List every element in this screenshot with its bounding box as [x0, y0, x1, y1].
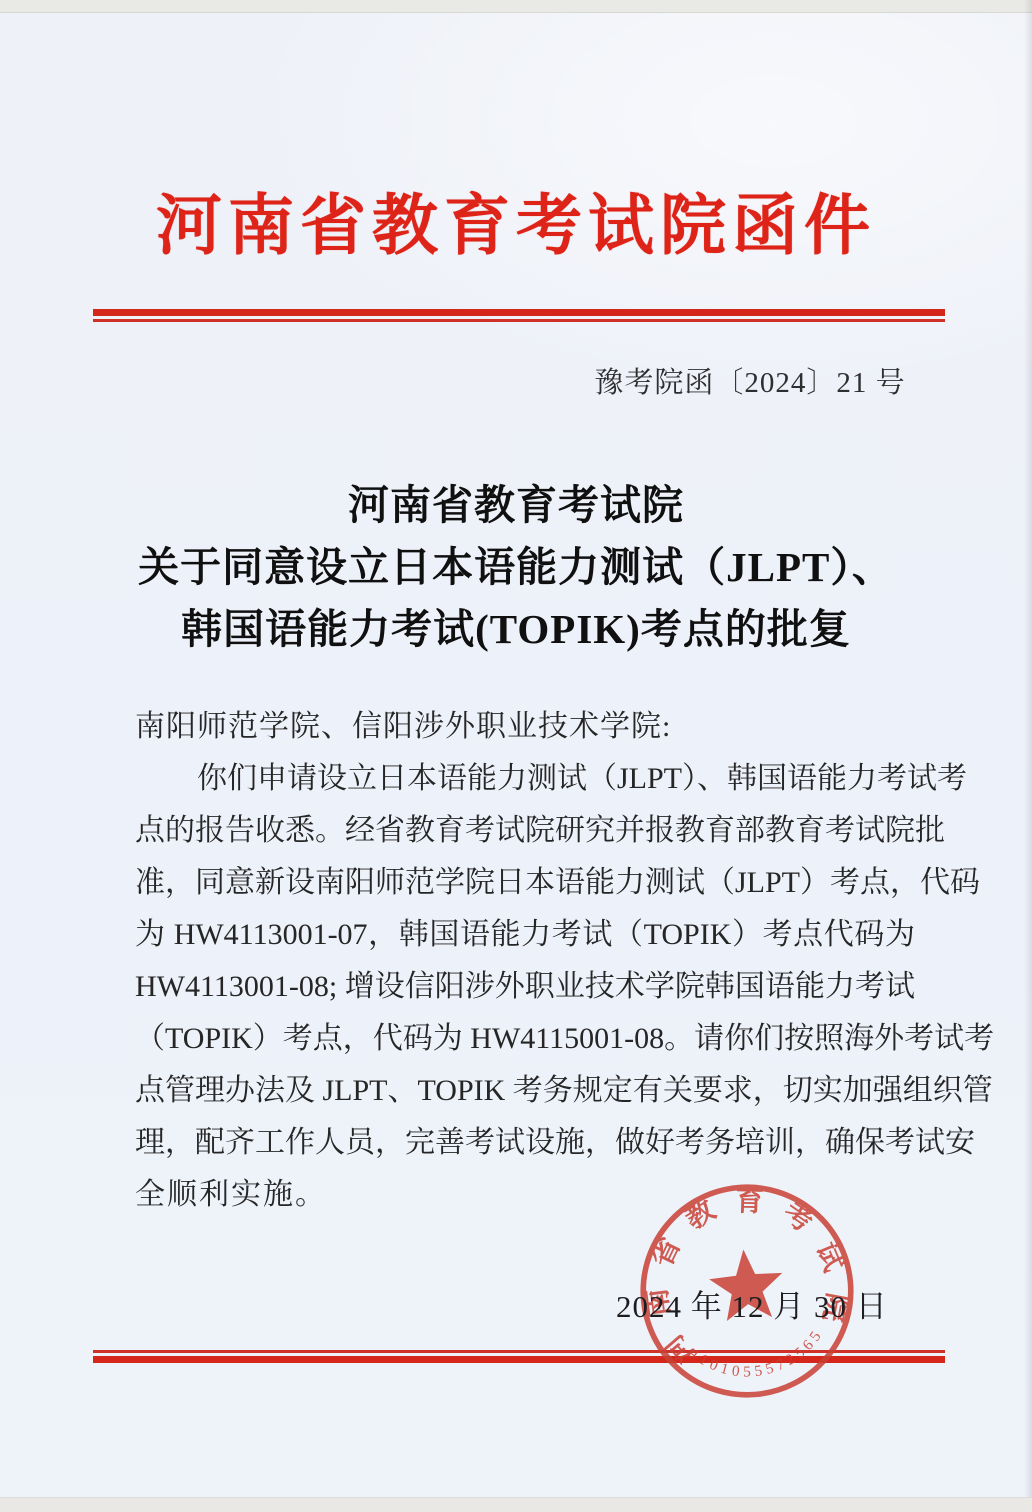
document-title-line-1: 河南省教育考试院 — [0, 474, 1032, 536]
body-line: （TOPIK）考点，代码为 HW4115001-08。请你们按照海外考试考 — [135, 1013, 915, 1065]
document-reference-number: 豫考院函〔2024〕21 号 — [550, 360, 950, 401]
body-line: 点的报告收悉。经省教育考试院研究并报教育部教育考试院批 — [135, 805, 915, 857]
body-line: 点管理办法及 JLPT、TOPIK 考务规定有关要求，切实加强组织管 — [135, 1065, 915, 1117]
salutation: 南阳师范学院、信阳涉外职业技术学院: — [135, 701, 915, 753]
body-line: 准，同意新设南阳师范学院日本语能力测试（JLPT）考点，代码 — [135, 857, 915, 909]
document-title-line-2: 关于同意设立日本语能力测试（JLPT）、 — [0, 536, 1032, 598]
header-divider-thin-line — [93, 319, 945, 322]
header-divider — [93, 309, 945, 322]
issue-date: 2024 年 12 月 30 日 — [616, 1281, 888, 1326]
body-line: 理，配齐工作人员，完善考试设施，做好考务培训，确保考试安 — [135, 1117, 915, 1169]
letter-body: 南阳师范学院、信阳涉外职业技术学院: 你们申请设立日本语能力测试（JLPT）、韩… — [135, 701, 915, 1221]
body-line: 为 HW4113001-07，韩国语能力考试（TOPIK）考点代码为 — [135, 909, 915, 961]
body-line: 你们申请设立日本语能力测试（JLPT）、韩国语能力考试考 — [135, 753, 915, 805]
scan-edge-top — [0, 0, 1032, 13]
document-title-line-3: 韩国语能力考试(TOPIK)考点的批复 — [0, 598, 1032, 660]
letterhead-title: 河南省教育考试院函件 — [0, 172, 1032, 267]
document-title: 河南省教育考试院 关于同意设立日本语能力测试（JLPT）、 韩国语能力考试(TO… — [0, 474, 1032, 660]
scanned-letter-page: 河南省教育考试院函件 豫考院函〔2024〕21 号 河南省教育考试院 关于同意设… — [0, 0, 1032, 1512]
header-divider-thick-line — [93, 309, 945, 316]
scan-edge-bottom — [0, 1497, 1032, 1512]
body-line: HW4113001-08; 增设信阳涉外职业技术学院韩国语能力考试 — [135, 961, 915, 1013]
